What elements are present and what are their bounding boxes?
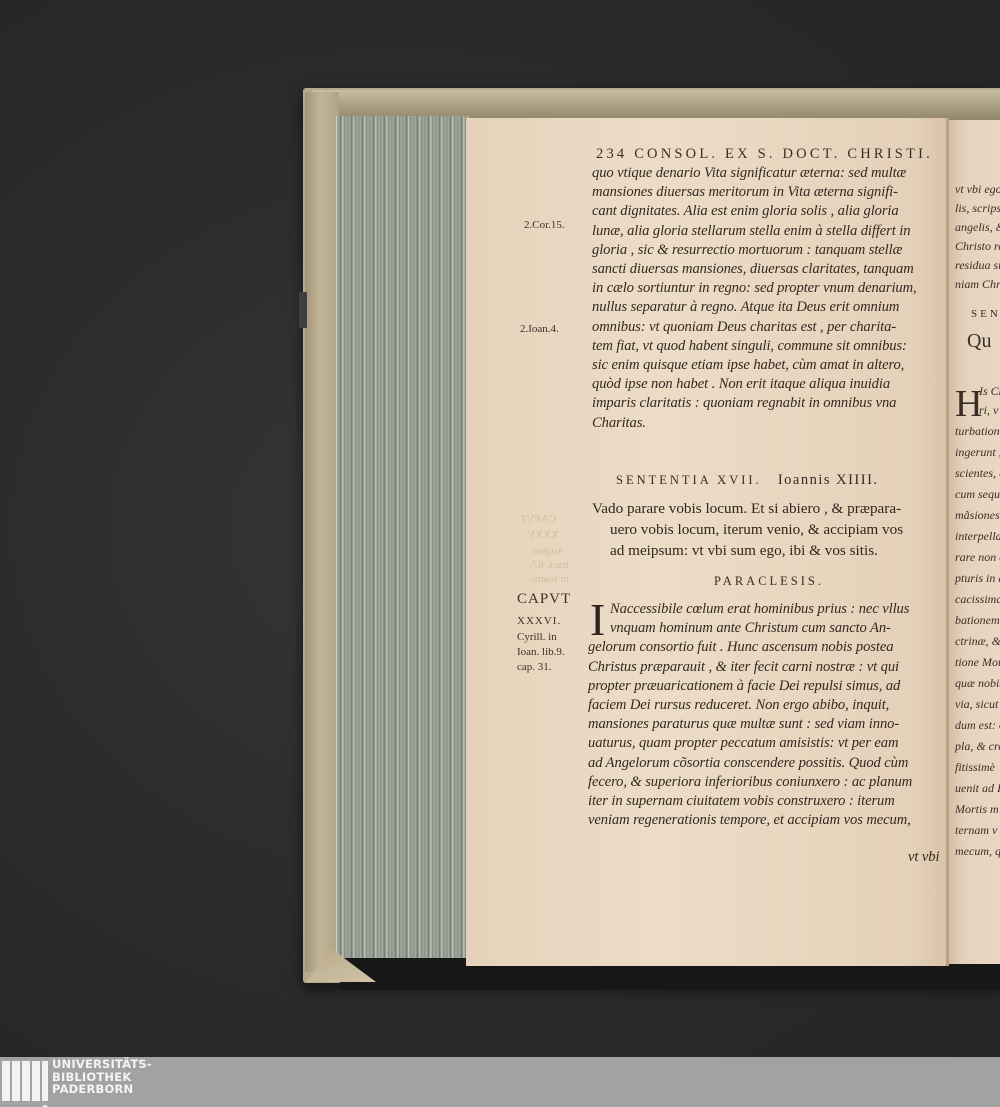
marginal-note: 2.Ioan.4. [520,322,559,337]
facing-line: bationem. [955,613,1000,628]
paraclesis-text: Naccessibile cœlum erat hominibus prius … [588,600,912,830]
text-line: propter præuaricationem à facie Dei repu… [588,677,912,696]
show-through-text: XXXV. [526,528,559,542]
scripture-line: ad meipsum: vt vbi sum ego, ibi & vos si… [592,540,903,561]
facing-line: dum est: o [955,718,1000,733]
scripture-line: uero vobis locum, iterum venio, & accipi… [592,519,903,540]
sententia-heading: SENTENTIA XVII. Ioannis XIIII. [616,472,879,489]
text-line: fecero, & superiora inferioribus coniunx… [588,773,912,792]
facing-line: residua sum [955,258,1000,273]
page-number: 234 [596,146,627,162]
facing-line: mãsiones in [955,508,1000,523]
facing-line: Mortis m [955,802,999,817]
text-line: sic enim quisque etiam ipse habet, cùm a… [592,356,952,375]
chapter-number: XXXVI. [517,614,561,629]
text-line: quòd ipse non habet . Non erit itaque al… [592,375,952,394]
marginal-note: 2.Cor.15. [524,218,565,233]
text-line: sancti diuersas mansiones, diuersas clar… [592,260,952,279]
text-line: faciem Dei rursus reduceret. Non ergo ab… [588,696,912,715]
facing-line: turbatione [955,424,1000,439]
facing-line: interpellat. [955,529,1000,544]
marginal-note: Cyrill. in [517,630,557,645]
facing-line: cum sequi [955,487,1000,502]
facing-line: fitissimè [955,760,995,775]
text-line: veniam regenerationis tempore, et accipi… [588,811,912,830]
facing-line: rare non ce [955,550,1000,565]
paraclesis-heading: PARACLESIS. [714,574,824,589]
marginal-note: Ioan. lib.9. [517,645,565,660]
show-through-text: CAPVT [520,512,556,526]
marginal-note: cap. 31. [517,660,552,675]
chapter-marker: CAPVT [517,592,571,607]
facing-line: Christo res [955,239,1000,254]
sententia-label: SENTENTIA XVII. [616,473,762,487]
text-line: Christus præparauit , & iter fecit carni… [588,658,912,677]
facing-line: Is Ch [979,384,1000,399]
facing-line: pturis in a [955,571,1000,586]
facing-line: cacissima e [955,592,1000,607]
text-line: gelorum consortio fuit . Hunc ascensum n… [588,638,912,657]
facing-line: ri, v [979,403,998,418]
facing-line: vt vbi ego s [955,182,1000,197]
facing-line: scientes, & [955,466,1000,481]
show-through-text: August. [530,544,565,558]
text-line: mansiones paraturus quæ multæ sunt : sed… [588,715,912,734]
text-line: gloria , sic & resurrectio mortuorum : t… [592,241,952,260]
text-line: lunæ, alia gloria stellarum stella enim … [592,222,952,241]
catchword: vt vbi [908,848,939,867]
text-line: imparis claritatis : quoniam regnabit in… [592,394,952,413]
facing-heading: Qu [967,330,991,353]
text-line: mansiones diuersas meritorum in Vita æte… [592,183,952,202]
facing-line: lis, scripsit [955,201,1000,216]
facing-line: ingerunt , [955,445,1000,460]
text-line: omnibus: vt quoniam Deus charitas est , … [592,318,952,337]
book-cover-left-board [305,92,339,972]
facing-line: niam Chris [955,277,1000,292]
running-title: CONSOL. EX S. DOCT. CHRISTI. [634,146,933,162]
library-name: UNIVERSITÄTS- BIBLIOTHEK PADERBORN [52,1058,152,1096]
clasp-icon [299,292,307,328]
text-line: cant dignitates. Alia est enim gloria so… [592,202,952,221]
scripture-quote: Vado parare vobis locum. Et si abiero , … [592,498,903,561]
page-block-fore-edge [336,116,469,958]
facing-line: tione Mor [955,655,1000,670]
text-line: tem fiat, vt quod habent singuli, commun… [592,337,952,356]
text-line: Naccessibile cœlum erat hominibus prius … [588,600,912,619]
facing-line: quæ nobis [955,676,1000,691]
text-line: Charitas. [592,414,952,433]
show-through-text: tract. 67. [530,558,569,572]
text-line: nullus separatur à regno. Atque ita Deus… [592,298,952,317]
show-through-text: in Ioann. [530,572,569,586]
running-head: 234 CONSOL. EX S. DOCT. CHRISTI. [596,146,933,163]
text-line: iter in supernam ciuitatem vobis constru… [588,792,912,811]
facing-page: vt vbi ego s lis, scripsit angelis, & i … [949,120,1000,964]
facing-line: angelis, & i [955,220,1000,235]
facing-line: ternam v [955,823,997,838]
library-name-line: UNIVERSITÄTS- [52,1058,152,1071]
text-line: in cælo sortiuntur in regno: sed propter… [592,279,952,298]
text-line: ad Angelorum cõsortia conscendere possit… [588,754,912,773]
text-line: vnquam hominum ante Christum cum sancto … [588,619,912,638]
facing-line: pla, & cre [955,739,1000,754]
library-name-line: PADERBORN [52,1083,152,1096]
text-line: uaturus, quam propter peccatum amisistis… [588,734,912,753]
commentary-text: quo vtique denario Vita significatur æte… [592,164,952,433]
facing-heading: SEN [971,308,1000,320]
text-line: quo vtique denario Vita significatur æte… [592,164,952,183]
facing-line: uenit ad I [955,781,1000,796]
facing-line: ctrinæ, & v [955,634,1000,649]
sententia-reference: Ioannis XIIII. [778,472,879,488]
scripture-line: Vado parare vobis locum. Et si abiero , … [592,498,903,519]
facing-line: via, sicut [955,697,998,712]
facing-line: mecum, qu [955,844,1000,859]
